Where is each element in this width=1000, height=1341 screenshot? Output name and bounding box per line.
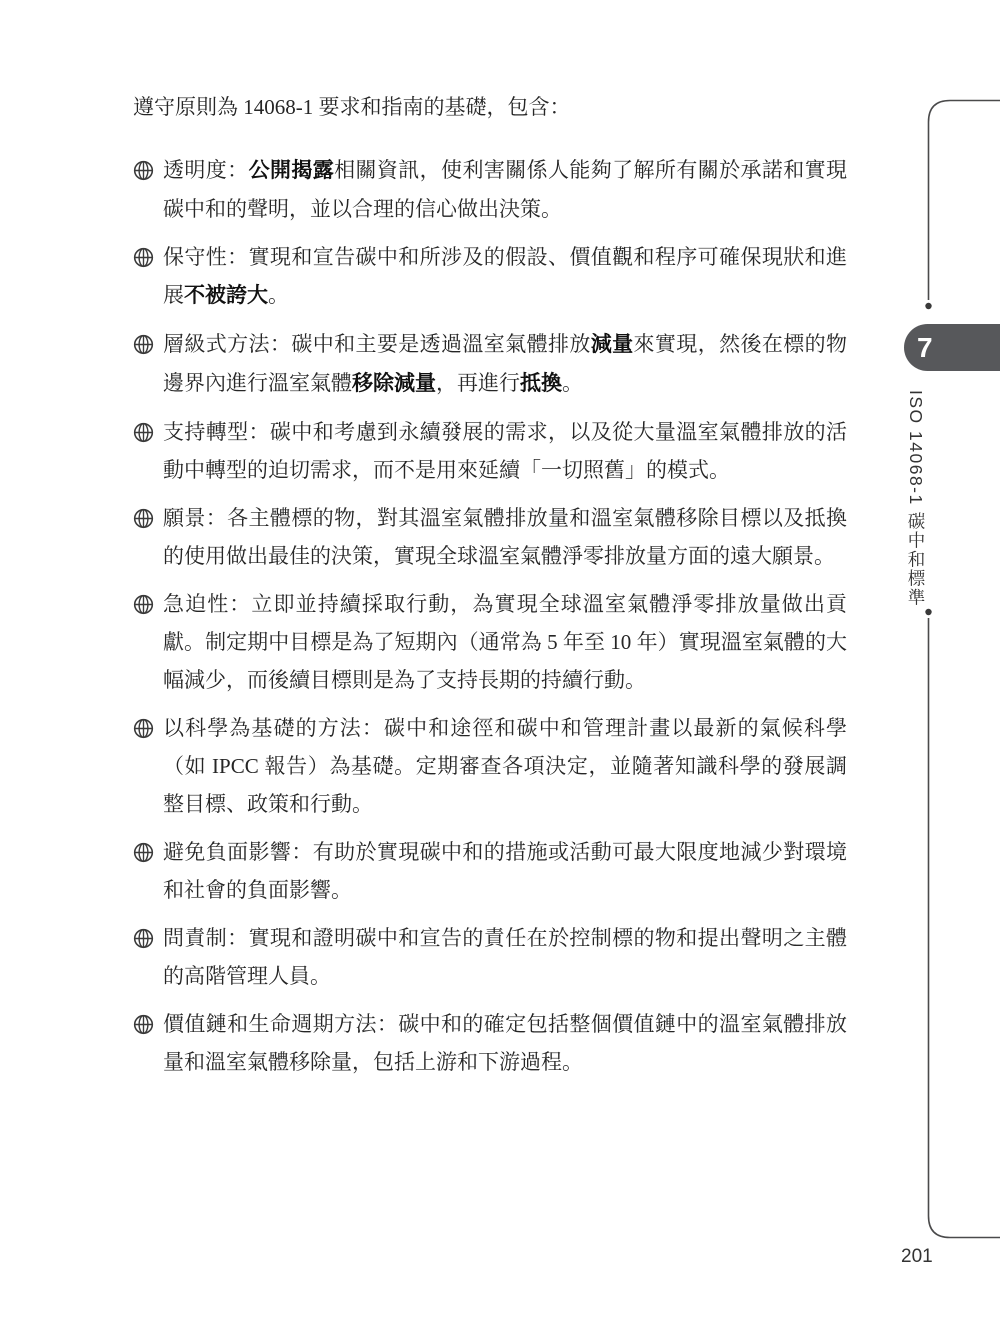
chapter-title: ISO 14068-1 碳中和標準 [904,390,929,607]
main-content: 遵守原則為 14068-1 要求和指南的基礎，包含： 透明度：公開揭露相關資訊，… [133,88,847,1091]
principle-text: 價值鏈和生命週期方法：碳中和的確定包括整個價值鏈中的溫室氣體排放量和溫室氣體移除… [163,1005,847,1081]
principle-item: 支持轉型：碳中和考慮到永續發展的需求，以及從大量溫室氣體排放的活動中轉型的迫切需… [133,413,847,489]
principle-item: 透明度：公開揭露相關資訊，使利害關係人能夠了解所有關於承諾和實現碳中和的聲明，並… [133,151,847,228]
principle-emphasis: 不被誇大 [184,284,268,307]
principle-run: 透明度： [163,158,249,182]
globe-icon [133,499,154,575]
principles-list: 透明度：公開揭露相關資訊，使利害關係人能夠了解所有關於承諾和實現碳中和的聲明，並… [133,151,847,1081]
globe-icon [133,151,154,228]
principle-run: 避免負面影響：有助於實現碳中和的措施或活動可最大限度地減少對環境和社會的負面影響… [163,840,847,902]
principle-run: 。 [562,371,583,395]
globe-icon [133,413,154,489]
principle-item: 層級式方法：碳中和主要是透過溫室氣體排放減量來實現，然後在標的物邊界內進行溫室氣… [133,325,847,403]
principle-run: ，再進行 [436,371,520,395]
globe-icon [133,238,154,315]
principle-item: 價值鏈和生命週期方法：碳中和的確定包括整個價值鏈中的溫室氣體排放量和溫室氣體移除… [133,1005,847,1081]
principle-emphasis: 抵換 [520,372,562,395]
page-number: 201 [901,1246,933,1268]
principle-run: 價值鏈和生命週期方法：碳中和的確定包括整個價值鏈中的溫室氣體排放量和溫室氣體移除… [163,1012,847,1074]
principle-text: 支持轉型：碳中和考慮到永續發展的需求，以及從大量溫室氣體排放的活動中轉型的迫切需… [163,413,847,489]
principle-item: 避免負面影響：有助於實現碳中和的措施或活動可最大限度地減少對環境和社會的負面影響… [133,833,847,909]
principle-item: 願景：各主體標的物，對其溫室氣體排放量和溫室氣體移除目標以及抵換的使用做出最佳的… [133,499,847,575]
principle-text: 問責制：實現和證明碳中和宣告的責任在於控制標的物和提出聲明之主體的高階管理人員。 [163,919,847,995]
principle-text: 透明度：公開揭露相關資訊，使利害關係人能夠了解所有關於承諾和實現碳中和的聲明，並… [163,151,847,228]
globe-icon [133,709,154,823]
principle-run: 支持轉型：碳中和考慮到永續發展的需求，以及從大量溫室氣體排放的活動中轉型的迫切需… [163,420,847,482]
intro-paragraph: 遵守原則為 14068-1 要求和指南的基礎，包含： [133,88,847,126]
principle-text: 急迫性：立即並持續採取行動，為實現全球溫室氣體淨零排放量做出貢獻。制定期中目標是… [163,585,847,699]
principle-item: 急迫性：立即並持續採取行動，為實現全球溫室氣體淨零排放量做出貢獻。制定期中目標是… [133,585,847,699]
principle-run: 問責制：實現和證明碳中和宣告的責任在於控制標的物和提出聲明之主體的高階管理人員。 [163,926,847,988]
principle-text: 層級式方法：碳中和主要是透過溫室氣體排放減量來實現，然後在標的物邊界內進行溫室氣… [163,325,847,403]
chapter-tab: 7 [904,324,1000,371]
line-end-dot-top [925,303,931,309]
globe-icon [133,1005,154,1081]
principle-text: 願景：各主體標的物，對其溫室氣體排放量和溫室氣體移除目標以及抵換的使用做出最佳的… [163,499,847,575]
principle-emphasis: 減量 [591,333,634,356]
principle-text: 以科學為基礎的方法：碳中和途徑和碳中和管理計畫以最新的氣候科學（如 IPCC 報… [163,709,847,823]
principle-run: 。 [268,283,289,307]
globe-icon [133,325,154,403]
globe-icon [133,585,154,699]
principle-emphasis: 公開揭露 [249,159,335,182]
principle-run: 以科學為基礎的方法：碳中和途徑和碳中和管理計畫以最新的氣候科學（如 IPCC 報… [163,716,847,816]
principle-run: 層級式方法：碳中和主要是透過溫室氣體排放 [163,332,591,356]
principle-text: 避免負面影響：有助於實現碳中和的措施或活動可最大限度地減少對環境和社會的負面影響… [163,833,847,909]
principle-item: 保守性：實現和宣告碳中和所涉及的假設、價值觀和程序可確保現狀和進展不被誇大。 [133,238,847,315]
globe-icon [133,833,154,909]
chapter-number: 7 [917,332,933,364]
principle-item: 以科學為基礎的方法：碳中和途徑和碳中和管理計畫以最新的氣候科學（如 IPCC 報… [133,709,847,823]
principle-text: 保守性：實現和宣告碳中和所涉及的假設、價值觀和程序可確保現狀和進展不被誇大。 [163,238,847,315]
principle-run: 急迫性：立即並持續採取行動，為實現全球溫室氣體淨零排放量做出貢獻。制定期中目標是… [163,592,847,692]
globe-icon [133,919,154,995]
principle-item: 問責制：實現和證明碳中和宣告的責任在於控制標的物和提出聲明之主體的高階管理人員。 [133,919,847,995]
principle-run: 願景：各主體標的物，對其溫室氣體排放量和溫室氣體移除目標以及抵換的使用做出最佳的… [163,506,847,568]
line-end-dot-bottom [925,609,931,615]
book-page: 遵守原則為 14068-1 要求和指南的基礎，包含： 透明度：公開揭露相關資訊，… [0,0,1000,1341]
principle-emphasis: 移除減量 [352,372,436,395]
